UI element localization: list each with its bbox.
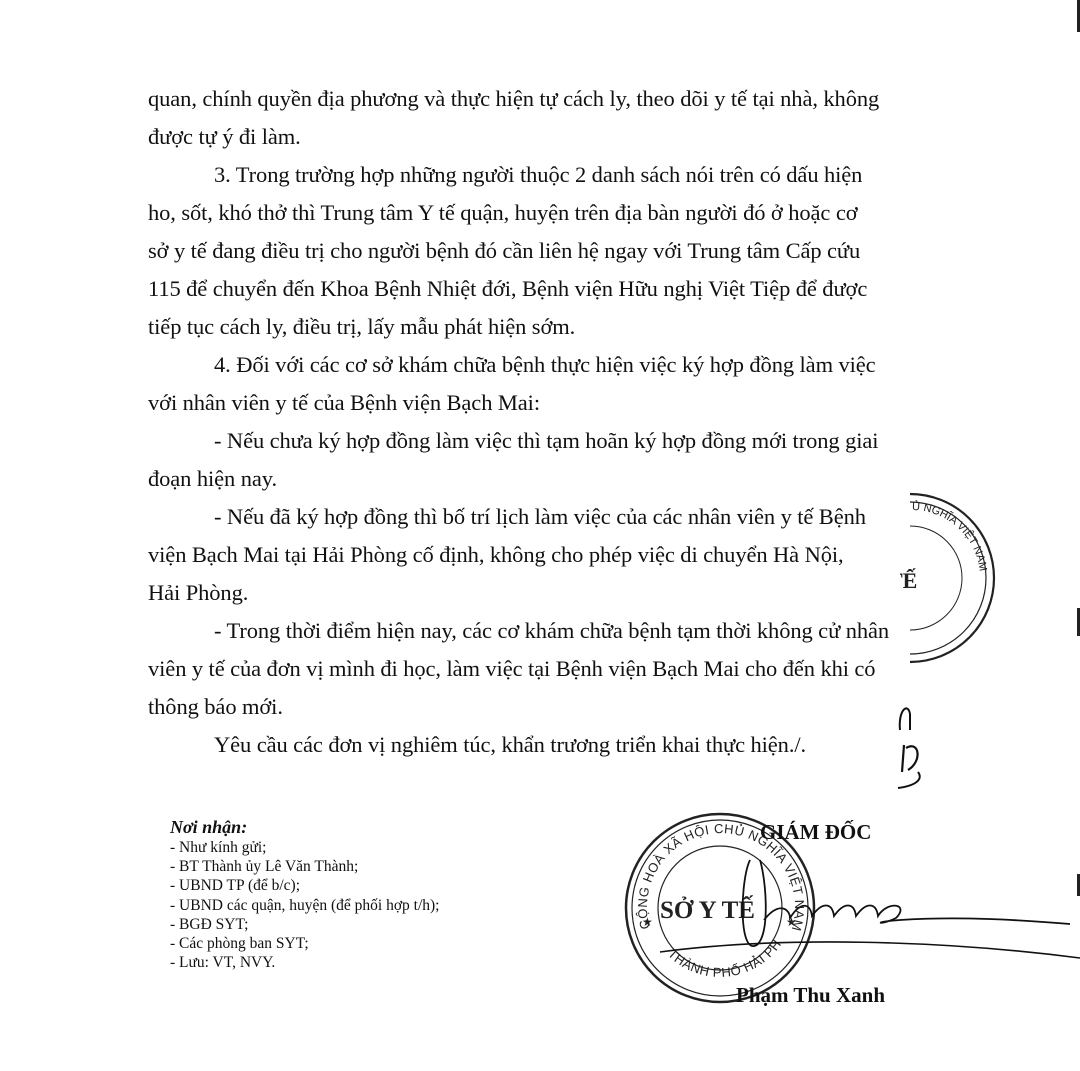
body-line: Hải Phòng. [148,574,978,612]
body-line: tiếp tục cách ly, điều trị, lấy mẫu phát… [148,308,978,346]
body-line: ho, sốt, khó thở thì Trung tâm Y tế quận… [148,194,978,232]
body-line: quan, chính quyền địa phương và thực hiệ… [148,80,978,118]
body-line: đoạn hiện nay. [148,460,978,498]
signer-title: GIÁM ĐỐC [760,820,871,845]
recipient-item: - UBND các quận, huyện (để phối hợp t/h)… [170,896,439,915]
body-line: 115 để chuyển đến Khoa Bệnh Nhiệt đới, B… [148,270,978,308]
recipients-block: Nơi nhận: - Như kính gửi;- BT Thành ủy L… [170,816,439,972]
signature-scribble-icon [640,840,1080,960]
body-line: được tự ý đi làm. [148,118,978,156]
signer-name: Phạm Thu Xanh [736,983,885,1008]
recipient-item: - Lưu: VT, NVY. [170,953,439,972]
body-line: - Nếu chưa ký hợp đồng làm việc thì tạm … [214,422,1044,460]
svg-text:Ủ NGHĨA VIỆT NAM: Ủ NGHĨA VIỆT NAM [912,500,989,572]
initials-mark-icon [890,700,930,790]
recipients-title: Nơi nhận: [170,816,439,838]
recipient-item: - BT Thành ủy Lê Văn Thành; [170,857,439,876]
recipient-item: - BGĐ SYT; [170,915,439,934]
recipient-item: - UBND TP (để b/c); [170,876,439,895]
body-line: thông báo mới. [148,688,978,726]
side-stamp-icon: Ủ NGHĨA VIỆT NAM TẾ [900,488,1000,668]
body-line: sở y tế đang điều trị cho người bệnh đó … [148,232,978,270]
recipient-item: - Như kính gửi; [170,838,439,857]
body-line: 4. Đối với các cơ sở khám chữa bệnh thực… [214,346,1044,384]
body-line: viện Bạch Mai tại Hải Phòng cố định, khô… [148,536,978,574]
body-line: với nhân viên y tế của Bệnh viện Bạch Ma… [148,384,978,422]
svg-text:TẾ: TẾ [900,568,917,593]
body-line: viên y tế của đơn vị mình đi học, làm vi… [148,650,978,688]
body-line: 3. Trong trường hợp những người thuộc 2 … [214,156,1044,194]
recipient-item: - Các phòng ban SYT; [170,934,439,953]
